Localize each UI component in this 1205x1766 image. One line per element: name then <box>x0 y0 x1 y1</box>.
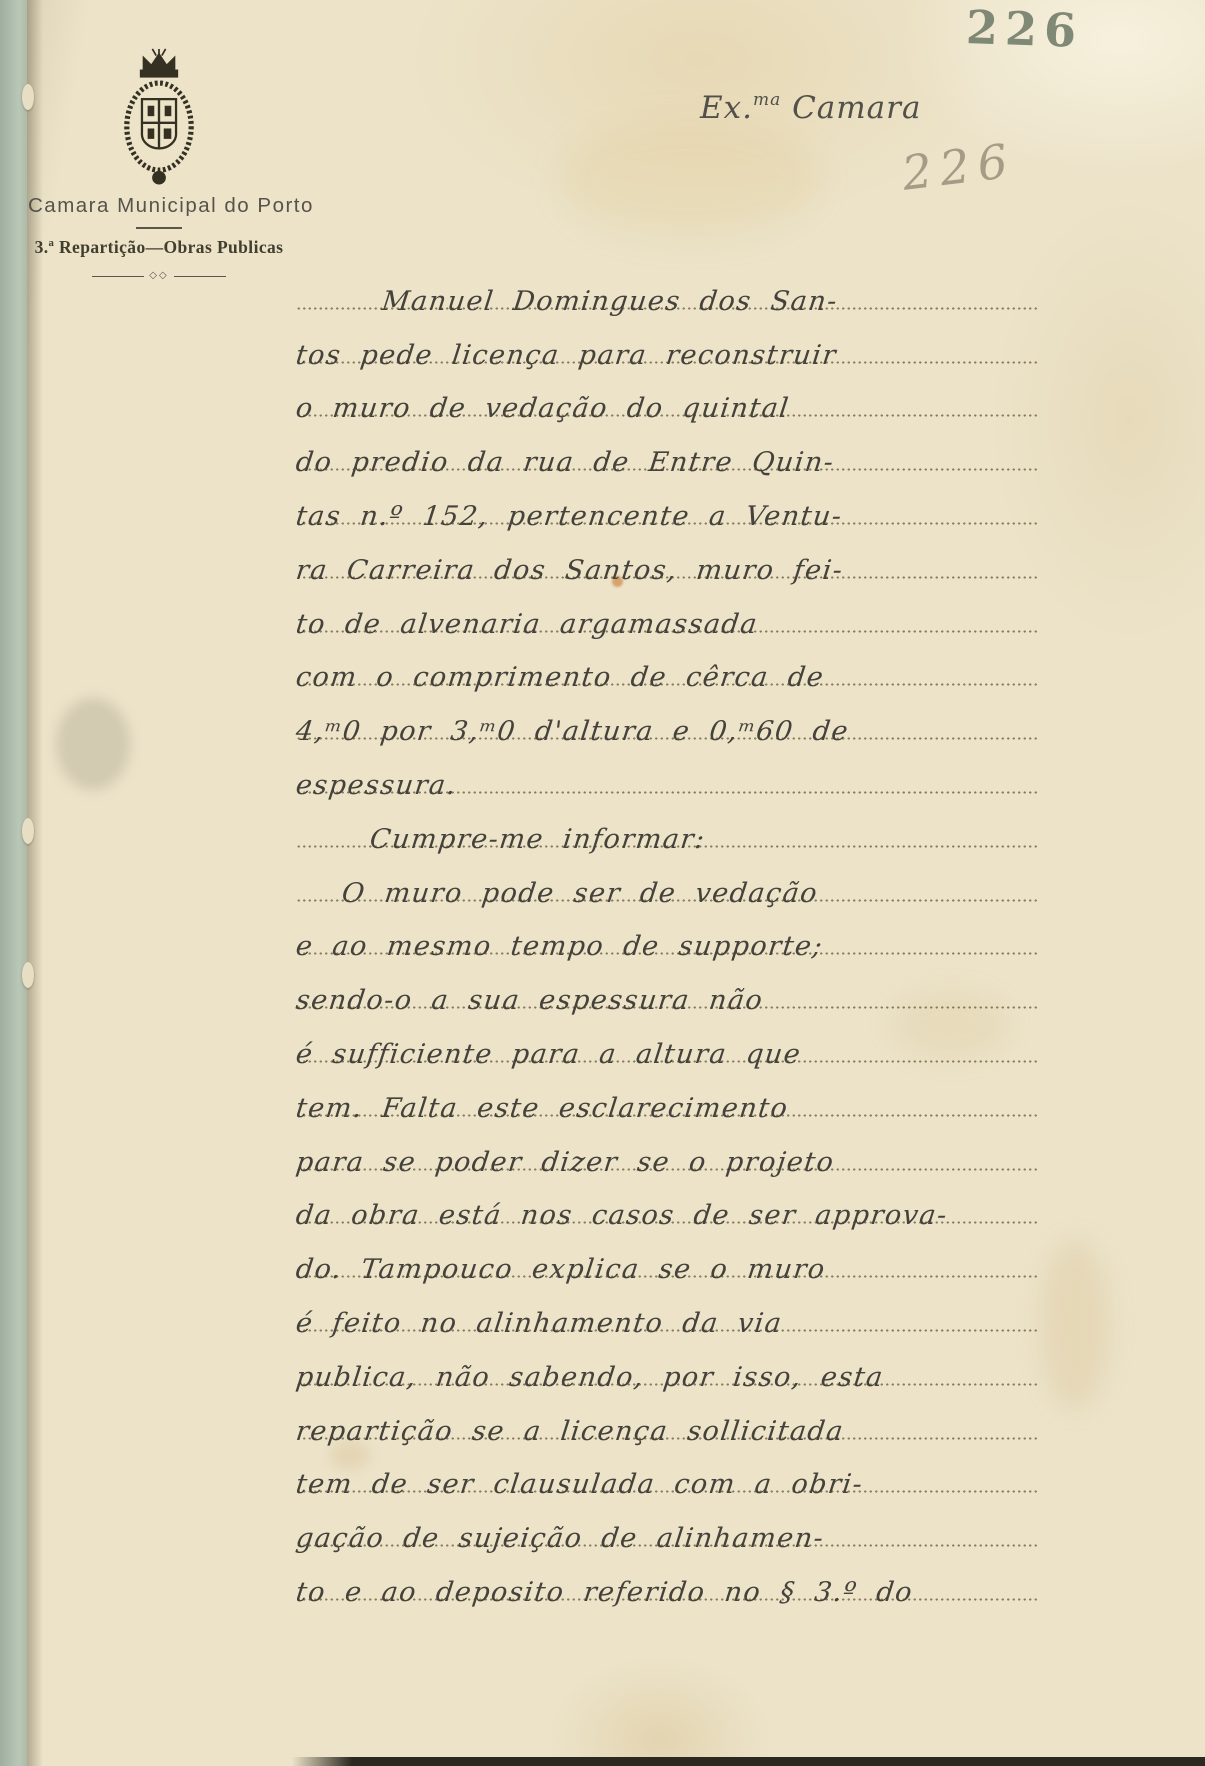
scanned-document-page: 226 226 Camara Municipal do Porto 3.ª Re… <box>0 0 1205 1766</box>
handwritten-line: tas n.º 152, pertencente a Ventu- <box>296 471 1040 525</box>
handwritten-line: com o comprimento de cêrca de <box>296 633 1040 687</box>
organization-name: Camara Municipal do Porto <box>28 194 290 218</box>
handwritten-line: Manuel Domingues dos San- <box>296 256 1040 310</box>
handwritten-line: e ao mesmo tempo de supporte; <box>296 902 1040 956</box>
department-name: 3.ª Repartição—Obras Publicas <box>28 237 290 258</box>
handwritten-line: do. Tampouco explica se o muro <box>296 1224 1040 1278</box>
coat-of-arms-icon <box>111 48 207 190</box>
scan-edge <box>292 1757 1205 1766</box>
handwritten-line: to e ao deposito referido no § 3.º do <box>296 1547 1040 1601</box>
handwritten-line: para se poder dizer se o projeto <box>296 1117 1040 1171</box>
salutation-base: Ex. <box>700 90 753 126</box>
binding-notch <box>22 818 34 844</box>
divider-bar <box>174 276 226 278</box>
salutation-rest: Camara <box>781 90 921 126</box>
stain <box>56 698 130 790</box>
stamped-folio-number: 226 <box>965 0 1084 58</box>
letterhead-divider: ◇◇ <box>28 271 290 282</box>
handwritten-line: da obra está nos casos de ser approva- <box>296 1171 1040 1225</box>
handwritten-body: Manuel Domingues dos San- tos pede licen… <box>296 256 1040 1601</box>
divider-bar <box>92 276 144 278</box>
handwritten-line: do predio da rua de Entre Quin- <box>296 417 1040 471</box>
handwritten-line: Cumpre-me informar: <box>296 794 1040 848</box>
handwritten-line: gação de sujeição de alinhamen- <box>296 1493 1040 1547</box>
binding-strip <box>0 0 27 1766</box>
handwritten-line: o muro de vedação do quintal <box>296 364 1040 418</box>
salutation-superscript: ma <box>753 90 781 110</box>
divider-diamonds-icon: ◇◇ <box>149 270 168 281</box>
handwritten-line: 4,ᵐ0 por 3,ᵐ0 d'altura e 0,ᵐ60 de <box>296 686 1040 740</box>
handwritten-line: tem de ser clausulada com a obri- <box>296 1440 1040 1494</box>
pencil-folio-number: 226 <box>899 133 1019 201</box>
stain <box>1040 1240 1110 1410</box>
handwritten-line: tos pede licença para reconstruir <box>296 310 1040 364</box>
handwritten-line: sendo-o a sua espessura não <box>296 955 1040 1009</box>
handwritten-line: repartição se a licença sollicitada <box>296 1386 1040 1440</box>
stain <box>560 120 820 240</box>
handwritten-line: é sufficiente para a altura que <box>296 1009 1040 1063</box>
handwritten-line: espessura. <box>296 740 1040 794</box>
binding-notch <box>22 962 34 988</box>
letterhead: Camara Municipal do Porto 3.ª Repartição… <box>28 48 290 282</box>
handwritten-line: é feito no alinhamento da via <box>296 1278 1040 1332</box>
handwritten-line: O muro pode ser de vedação <box>296 848 1040 902</box>
handwritten-line: publica, não sabendo, por isso, esta <box>296 1332 1040 1386</box>
salutation: Ex.ma Camara <box>700 90 921 126</box>
handwritten-line: to de alvenaria argamassada <box>296 579 1040 633</box>
handwritten-line: tem. Falta este esclarecimento <box>296 1063 1040 1117</box>
letterhead-rule <box>136 227 182 229</box>
handwritten-text: to e ao deposito referido no § 3.º do <box>294 1577 915 1608</box>
handwritten-line: ra Carreira dos Santos, muro fei- <box>296 525 1040 579</box>
